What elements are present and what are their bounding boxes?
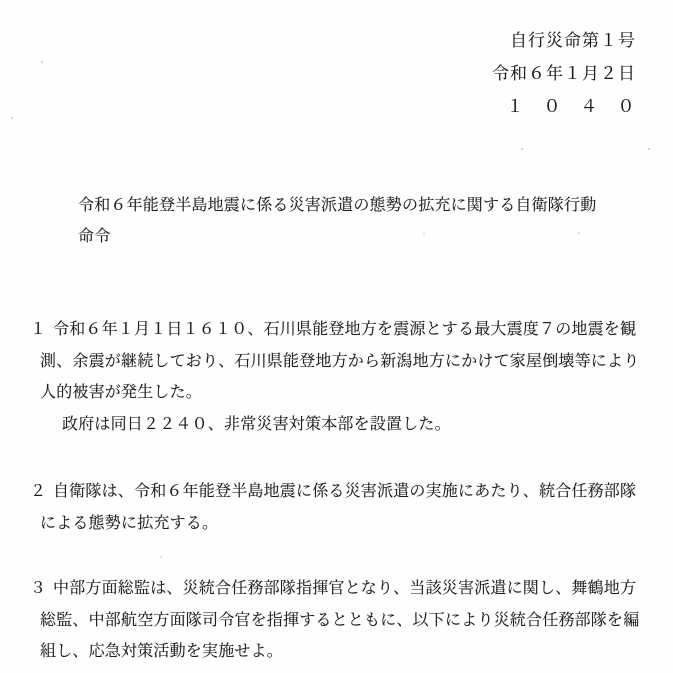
- paragraph-3-line-1: 中部方面総監は、災統合任務部隊指揮官となり、当該災害派遣に関し、舞鶴地方: [40, 573, 639, 605]
- paragraph-1-line-1: 令和６年１月１日１６１０、石川県能登地方を震源とする最大震度７の地震を観: [40, 314, 639, 346]
- scan-speck: [648, 148, 650, 150]
- title-line-2: 命令: [78, 221, 596, 252]
- scan-speck: [521, 148, 523, 150]
- paragraph-2-number: ２: [30, 476, 46, 508]
- paragraph-1-line-2: 測、余震が継続しており、石川県能登地方から新潟地方にかけて家屋倒壊等により: [40, 346, 639, 378]
- paragraph-2-line-2: による態勢に拡充する。: [40, 508, 636, 540]
- paragraph-1-line-3: 人的被害が発生した。: [40, 377, 639, 409]
- scan-speck: [11, 117, 13, 119]
- document-header: 自行災命第１号 令和６年１月２日 １ ０ ４ ０: [492, 24, 636, 123]
- scan-speck: [578, 232, 580, 234]
- paragraph-3-line-2: 総監、中部航空方面隊司令官を指揮するとともに、以下により災統合任務部隊を編: [40, 605, 639, 637]
- paragraph-1-subline-1: 政府は同日２２４０、非常災害対策本部を設置した。: [40, 409, 639, 441]
- paragraph-1: １ 令和６年１月１日１６１０、石川県能登地方を震源とする最大震度７の地震を観 測…: [40, 314, 639, 440]
- order-number: 自行災命第１号: [492, 24, 636, 57]
- title-line-1: 令和６年能登半島地震に係る災害派遣の態勢の拡充に関する自衛隊行動: [78, 190, 596, 221]
- paragraph-3-number: ３: [30, 573, 46, 605]
- paragraph-3: ３ 中部方面総監は、災統合任務部隊指揮官となり、当該災害派遣に関し、舞鶴地方 総…: [40, 573, 639, 668]
- scan-speck: [423, 233, 425, 235]
- scan-speck: [160, 556, 162, 558]
- paragraph-3-line-3: 組し、応急対策活動を実施せよ。: [40, 636, 639, 668]
- paragraph-1-number: １: [30, 314, 46, 346]
- order-date: 令和６年１月２日: [492, 57, 636, 90]
- scan-speck: [41, 61, 43, 63]
- paragraph-2: ２ 自衛隊は、令和６年能登半島地震に係る災害派遣の実施にあたり、統合任務部隊 に…: [40, 476, 636, 539]
- document-title: 令和６年能登半島地震に係る災害派遣の態勢の拡充に関する自衛隊行動 命令: [78, 190, 596, 252]
- paragraph-2-line-1: 自衛隊は、令和６年能登半島地震に係る災害派遣の実施にあたり、統合任務部隊: [40, 476, 636, 508]
- order-time: １ ０ ４ ０: [492, 90, 636, 123]
- scanned-order-document: 自行災命第１号 令和６年１月２日 １ ０ ４ ０ 令和６年能登半島地震に係る災害…: [0, 0, 673, 673]
- scan-speck: [197, 518, 199, 520]
